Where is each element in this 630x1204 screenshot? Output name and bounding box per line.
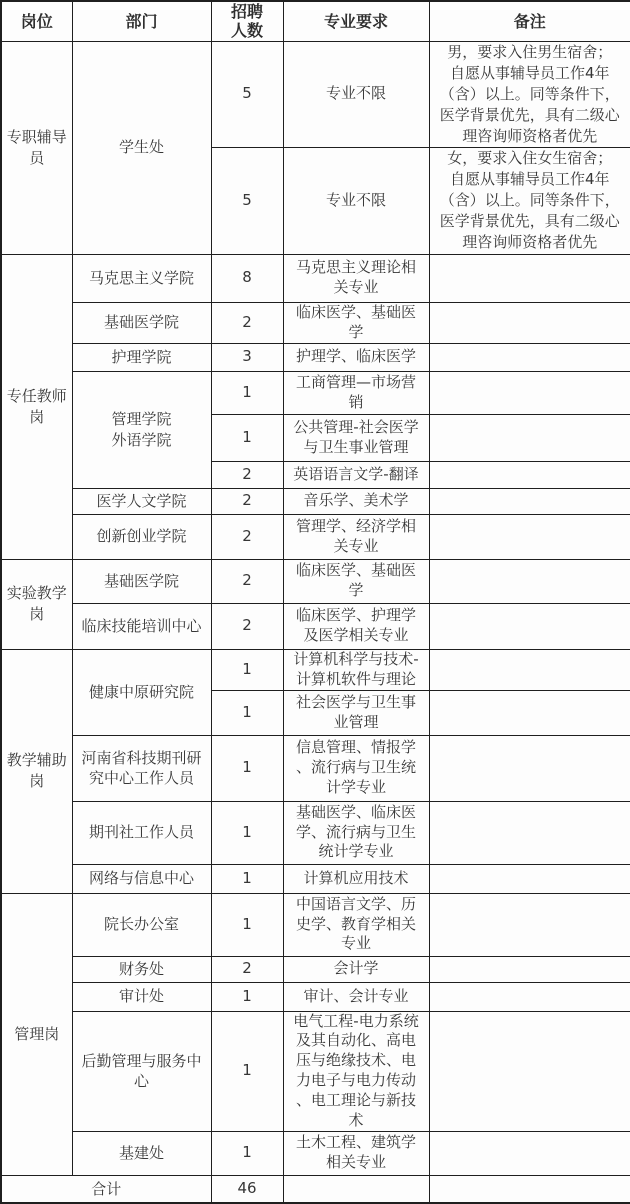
table-row: 河南省科技期刊研 究中心工作人员 1 信息管理、情报学 、流行病与卫生统 计学专… xyxy=(1,735,630,801)
remark-cell xyxy=(429,982,630,1011)
major-cell: 音乐学、美术学 xyxy=(283,488,429,514)
remark-cell xyxy=(429,371,630,414)
dept-cell: 基础医学院 xyxy=(72,302,211,343)
major-cell: 中国语言文学、历 史学、教育学相关 专业 xyxy=(283,893,429,956)
remark-cell xyxy=(429,514,630,559)
major-cell: 英语语言文学-翻译 xyxy=(283,461,429,488)
count-cell: 2 xyxy=(211,302,283,343)
count-cell: 5 xyxy=(211,147,283,254)
post-cell: 专职辅导 员 xyxy=(1,41,72,254)
dept-cell: 财务处 xyxy=(72,956,211,982)
count-cell: 1 xyxy=(211,801,283,864)
total-label-cell: 合计 xyxy=(1,1175,211,1203)
table-row: 创新创业学院 2 管理学、经济学相 关专业 xyxy=(1,514,630,559)
table-row: 管理岗 院长办公室 1 中国语言文学、历 史学、教育学相关 专业 xyxy=(1,893,630,956)
major-cell: 信息管理、情报学 、流行病与卫生统 计学专业 xyxy=(283,735,429,801)
count-cell: 1 xyxy=(211,1131,283,1175)
major-cell: 审计、会计专业 xyxy=(283,982,429,1011)
count-cell: 1 xyxy=(211,893,283,956)
major-cell: 社会医学与卫生事 业管理 xyxy=(283,690,429,735)
table-total-row: 合计 46 xyxy=(1,1175,630,1203)
major-cell: 计算机应用技术 xyxy=(283,864,429,893)
count-cell: 1 xyxy=(211,649,283,690)
table-row: 实验教学 岗 基础医学院 2 临床医学、基础医 学 xyxy=(1,559,630,603)
remark-cell xyxy=(429,559,630,603)
count-cell: 2 xyxy=(211,603,283,649)
table-row: 基础医学院 2 临床医学、基础医 学 xyxy=(1,302,630,343)
remark-cell-empty xyxy=(429,1175,630,1203)
count-cell: 2 xyxy=(211,514,283,559)
dept-cell: 创新创业学院 xyxy=(72,514,211,559)
dept-cell: 健康中原研究院 xyxy=(72,649,211,735)
major-cell: 基础医学、临床医 学、流行病与卫生 统计学专业 xyxy=(283,801,429,864)
count-cell: 1 xyxy=(211,982,283,1011)
header-headcount: 招聘 人数 xyxy=(211,1,283,41)
remark-cell xyxy=(429,893,630,956)
major-cell: 计算机科学与技术- 计算机软件与理论 xyxy=(283,649,429,690)
major-cell-empty xyxy=(283,1175,429,1203)
remark-cell: 女，要求入住女生宿舍； 自愿从事辅导员工作4年 （含）以上。同等条件下， 医学背… xyxy=(429,147,630,254)
major-cell: 公共管理-社会医学 与卫生事业管理 xyxy=(283,414,429,461)
remark-cell xyxy=(429,864,630,893)
remark-cell: 男，要求入住男生宿舍； 自愿从事辅导员工作4年 （含）以上。同等条件下， 医学背… xyxy=(429,41,630,147)
post-cell: 专任教师 岗 xyxy=(1,254,72,559)
major-cell: 电气工程-电力系统 及其自动化、高电 压与绝缘技术、电 力电子与电力传动 、电工… xyxy=(283,1011,429,1131)
table-row: 基建处 1 土木工程、建筑学 相关专业 xyxy=(1,1131,630,1175)
dept-cell: 河南省科技期刊研 究中心工作人员 xyxy=(72,735,211,801)
major-cell: 临床医学、护理学 及医学相关专业 xyxy=(283,603,429,649)
dept-cell: 网络与信息中心 xyxy=(72,864,211,893)
remark-cell xyxy=(429,414,630,461)
remark-cell xyxy=(429,801,630,864)
table-row: 医学人文学院 2 音乐学、美术学 xyxy=(1,488,630,514)
major-cell: 护理学、临床医学 xyxy=(283,343,429,371)
table-row: 临床技能培训中心 2 临床医学、护理学 及医学相关专业 xyxy=(1,603,630,649)
count-cell: 5 xyxy=(211,41,283,147)
dept-cell: 后勤管理与服务中 心 xyxy=(72,1011,211,1131)
remark-cell xyxy=(429,735,630,801)
count-cell: 3 xyxy=(211,343,283,371)
major-cell: 马克思主义理论相 关专业 xyxy=(283,254,429,302)
remark-cell xyxy=(429,254,630,302)
dept-cell: 医学人文学院 xyxy=(72,488,211,514)
major-cell: 土木工程、建筑学 相关专业 xyxy=(283,1131,429,1175)
dept-cell: 马克思主义学院 xyxy=(72,254,211,302)
table-row: 审计处 1 审计、会计专业 xyxy=(1,982,630,1011)
header-major: 专业要求 xyxy=(283,1,429,41)
remark-cell xyxy=(429,649,630,690)
table-row: 网络与信息中心 1 计算机应用技术 xyxy=(1,864,630,893)
header-department: 部门 xyxy=(72,1,211,41)
count-cell: 2 xyxy=(211,461,283,488)
post-cell: 实验教学 岗 xyxy=(1,559,72,649)
dept-cell: 期刊社工作人员 xyxy=(72,801,211,864)
dept-cell: 院长办公室 xyxy=(72,893,211,956)
remark-cell xyxy=(429,690,630,735)
remark-cell xyxy=(429,302,630,343)
major-cell: 专业不限 xyxy=(283,147,429,254)
table-row: 管理学院 外语学院 1 工商管理—市场营 销 xyxy=(1,371,630,414)
count-cell: 1 xyxy=(211,371,283,414)
remark-cell xyxy=(429,603,630,649)
count-cell: 1 xyxy=(211,864,283,893)
dept-cell: 学生处 xyxy=(72,41,211,254)
dept-cell: 审计处 xyxy=(72,982,211,1011)
count-cell: 1 xyxy=(211,1011,283,1131)
table-row: 专职辅导 员 学生处 5 专业不限 男，要求入住男生宿舍； 自愿从事辅导员工作4… xyxy=(1,41,630,147)
dept-cell: 护理学院 xyxy=(72,343,211,371)
major-cell: 工商管理—市场营 销 xyxy=(283,371,429,414)
count-cell: 2 xyxy=(211,956,283,982)
count-cell: 8 xyxy=(211,254,283,302)
total-value-cell: 46 xyxy=(211,1175,283,1203)
count-cell: 1 xyxy=(211,414,283,461)
table-row: 期刊社工作人员 1 基础医学、临床医 学、流行病与卫生 统计学专业 xyxy=(1,801,630,864)
major-cell: 会计学 xyxy=(283,956,429,982)
dept-cell: 基础医学院 xyxy=(72,559,211,603)
dept-cell: 临床技能培训中心 xyxy=(72,603,211,649)
count-cell: 2 xyxy=(211,488,283,514)
table-row: 专任教师 岗 马克思主义学院 8 马克思主义理论相 关专业 xyxy=(1,254,630,302)
remark-cell xyxy=(429,956,630,982)
dept-cell: 基建处 xyxy=(72,1131,211,1175)
table-header-row: 岗位 部门 招聘 人数 专业要求 备注 xyxy=(1,1,630,41)
remark-cell xyxy=(429,461,630,488)
header-post: 岗位 xyxy=(1,1,72,41)
remark-cell xyxy=(429,1131,630,1175)
major-cell: 临床医学、基础医 学 xyxy=(283,302,429,343)
post-cell: 管理岗 xyxy=(1,893,72,1175)
header-remark: 备注 xyxy=(429,1,630,41)
table-row: 财务处 2 会计学 xyxy=(1,956,630,982)
major-cell: 临床医学、基础医 学 xyxy=(283,559,429,603)
major-cell: 管理学、经济学相 关专业 xyxy=(283,514,429,559)
count-cell: 1 xyxy=(211,735,283,801)
post-cell: 教学辅助 岗 xyxy=(1,649,72,893)
major-cell: 专业不限 xyxy=(283,41,429,147)
table-row: 护理学院 3 护理学、临床医学 xyxy=(1,343,630,371)
remark-cell xyxy=(429,343,630,371)
table-row: 教学辅助 岗 健康中原研究院 1 计算机科学与技术- 计算机软件与理论 xyxy=(1,649,630,690)
remark-cell xyxy=(429,488,630,514)
recruitment-table: 岗位 部门 招聘 人数 专业要求 备注 专职辅导 员 学生处 5 专业不限 男，… xyxy=(0,0,630,1204)
count-cell: 2 xyxy=(211,559,283,603)
table-row: 后勤管理与服务中 心 1 电气工程-电力系统 及其自动化、高电 压与绝缘技术、电… xyxy=(1,1011,630,1131)
count-cell: 1 xyxy=(211,690,283,735)
recruitment-notice-page: 岗位 部门 招聘 人数 专业要求 备注 专职辅导 员 学生处 5 专业不限 男，… xyxy=(0,0,630,1202)
dept-cell: 管理学院 外语学院 xyxy=(72,371,211,488)
remark-cell xyxy=(429,1011,630,1131)
